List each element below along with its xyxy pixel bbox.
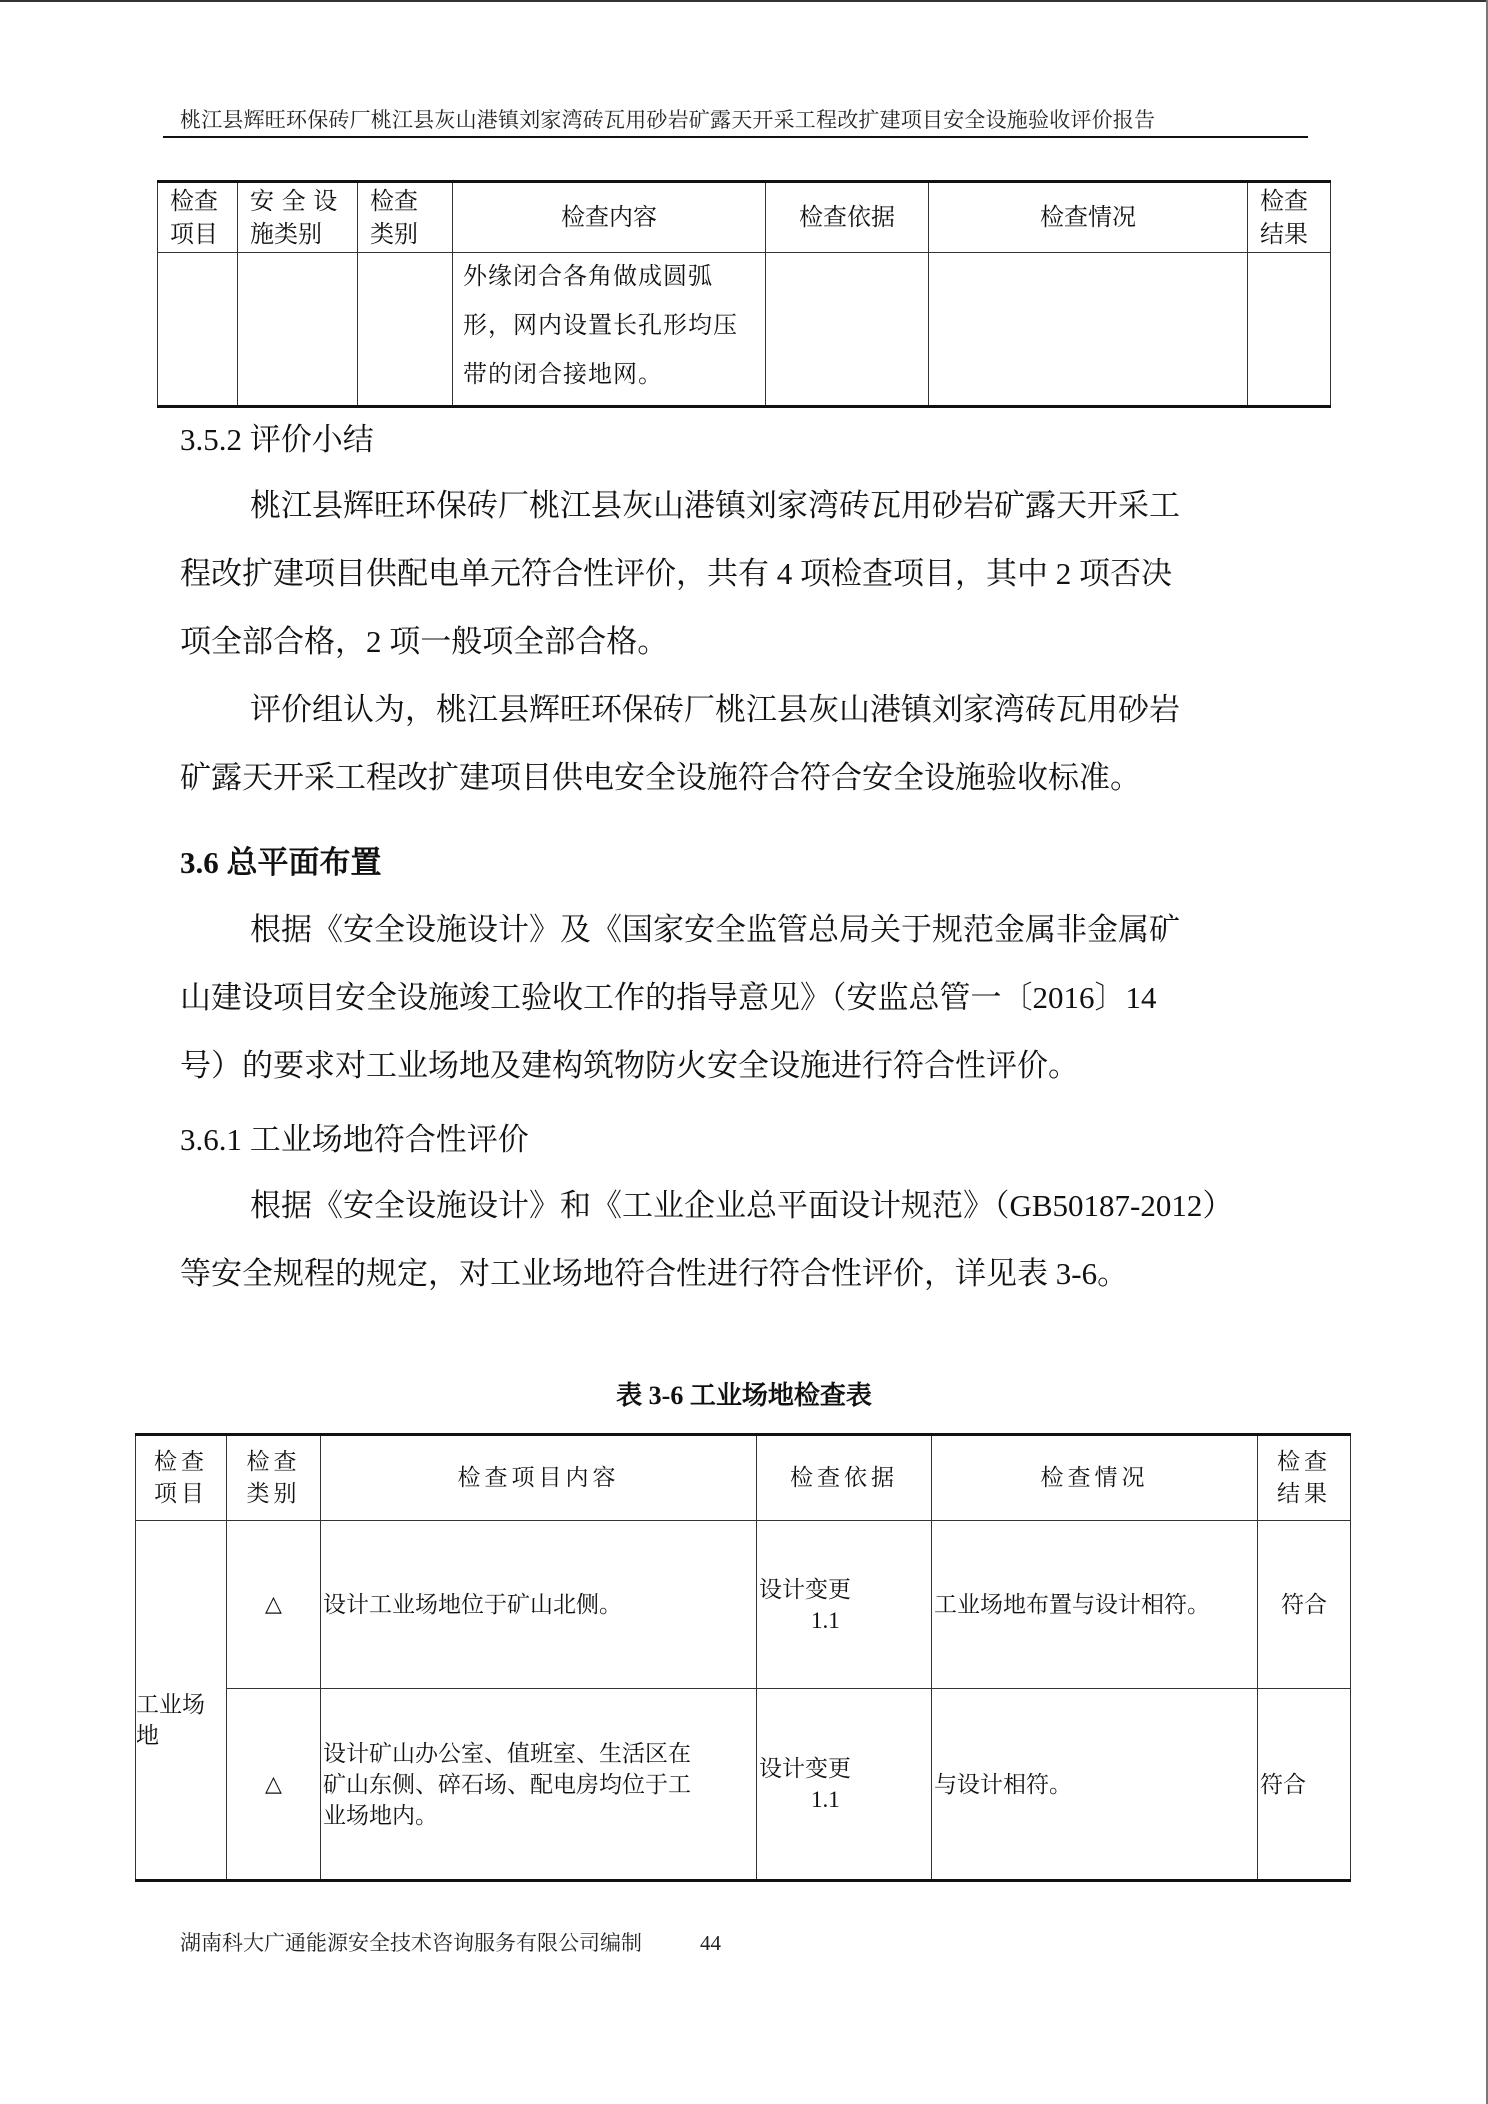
- table-row: 工业场地 △ 设计工业场地位于矿山北侧。 设计变更1.1 工业场地布置与设计相符…: [136, 1521, 1351, 1689]
- paragraph-summary-2: 评价组认为，桃江县辉旺环保砖厂桃江县灰山港镇刘家湾砖瓦用砂岩 矿露天开采工程改扩…: [180, 676, 1308, 812]
- cell-item: [158, 253, 238, 407]
- cell-situation: 工业场地布置与设计相符。: [932, 1521, 1258, 1689]
- col-header-basis: 检查依据: [766, 182, 929, 253]
- table-caption: 表 3-6 工业场地检查表: [0, 1375, 1488, 1412]
- col-header-situation: 检查情况: [932, 1435, 1258, 1521]
- table-row: △ 设计矿山办公室、值班室、生活区在 矿山东侧、碎石场、配电房均位于工 业场地内…: [136, 1689, 1351, 1881]
- cell-result: 符合: [1258, 1689, 1351, 1881]
- table-header-row: 检查项目 检查类别 检查项目内容 检查依据 检查情况 检查结果: [136, 1435, 1351, 1521]
- page-number: 44: [700, 1931, 721, 1955]
- header-rule: [163, 136, 1308, 138]
- cell-result: [1248, 253, 1331, 407]
- heading-3-5-2: 3.5.2 评价小结: [180, 414, 374, 459]
- running-header: 桃江县辉旺环保砖厂桃江县灰山港镇刘家湾砖瓦用砂岩矿露天开采工程改扩建项目安全设施…: [180, 104, 1155, 134]
- paragraph-3-6-1: 根据《安全设施设计》和《工业企业总平面设计规范》（GB50187-2012） 等…: [180, 1172, 1308, 1308]
- industrial-site-check-table: 检查项目 检查类别 检查项目内容 检查依据 检查情况 检查结果 工业场地 △ 设…: [135, 1433, 1351, 1882]
- col-header-facility-type: 安 全 设施类别: [238, 182, 358, 253]
- cell-content: 外缘闭合各角做成圆弧 形，网内设置长孔形均压 带的闭合接地网。: [453, 253, 766, 407]
- col-header-item: 检查项目: [158, 182, 238, 253]
- heading-3-6-1: 3.6.1 工业场地符合性评价: [180, 1114, 529, 1159]
- cell-result: 符合: [1258, 1521, 1351, 1689]
- cell-check-type: △: [227, 1689, 321, 1881]
- cell-basis: [766, 253, 929, 407]
- cell-content: 设计工业场地位于矿山北侧。: [321, 1521, 757, 1689]
- table-header-row: 检查项目 安 全 设施类别 检查类别 检查内容 检查依据 检查情况 检查结果: [158, 182, 1331, 253]
- paragraph-summary-1: 桃江县辉旺环保砖厂桃江县灰山港镇刘家湾砖瓦用砂岩矿露天开采工 程改扩建项目供配电…: [180, 472, 1308, 676]
- col-header-item: 检查项目: [136, 1435, 227, 1521]
- cell-basis: 设计变更1.1: [757, 1521, 932, 1689]
- col-header-basis: 检查依据: [757, 1435, 932, 1521]
- col-header-check-type: 检查类别: [358, 182, 453, 253]
- heading-3-6: 3.6 总平面布置: [180, 837, 382, 882]
- cell-content: 设计矿山办公室、值班室、生活区在 矿山东侧、碎石场、配电房均位于工 业场地内。: [321, 1689, 757, 1881]
- cell-group-item: 工业场地: [136, 1521, 227, 1881]
- col-header-content: 检查项目内容: [321, 1435, 757, 1521]
- page-border-top: [0, 0, 1488, 2]
- continued-check-table: 检查项目 安 全 设施类别 检查类别 检查内容 检查依据 检查情况 检查结果 外…: [157, 180, 1331, 408]
- paragraph-3-6: 根据《安全设施设计》及《国家安全监管总局关于规范金属非金属矿 山建设项目安全设施…: [180, 896, 1308, 1100]
- col-header-content: 检查内容: [453, 182, 766, 253]
- cell-situation: [929, 253, 1248, 407]
- col-header-result: 检查结果: [1248, 182, 1331, 253]
- page-footer: 湖南科大广通能源安全技术咨询服务有限公司编制44: [180, 1927, 721, 1957]
- col-header-situation: 检查情况: [929, 182, 1248, 253]
- col-header-check-type: 检查类别: [227, 1435, 321, 1521]
- cell-basis: 设计变更1.1: [757, 1689, 932, 1881]
- footer-company: 湖南科大广通能源安全技术咨询服务有限公司编制: [180, 1931, 642, 1955]
- cell-situation: 与设计相符。: [932, 1689, 1258, 1881]
- cell-check-type: △: [227, 1521, 321, 1689]
- cell-facility-type: [238, 253, 358, 407]
- cell-check-type: [358, 253, 453, 407]
- table-row: 外缘闭合各角做成圆弧 形，网内设置长孔形均压 带的闭合接地网。: [158, 253, 1331, 407]
- col-header-result: 检查结果: [1258, 1435, 1351, 1521]
